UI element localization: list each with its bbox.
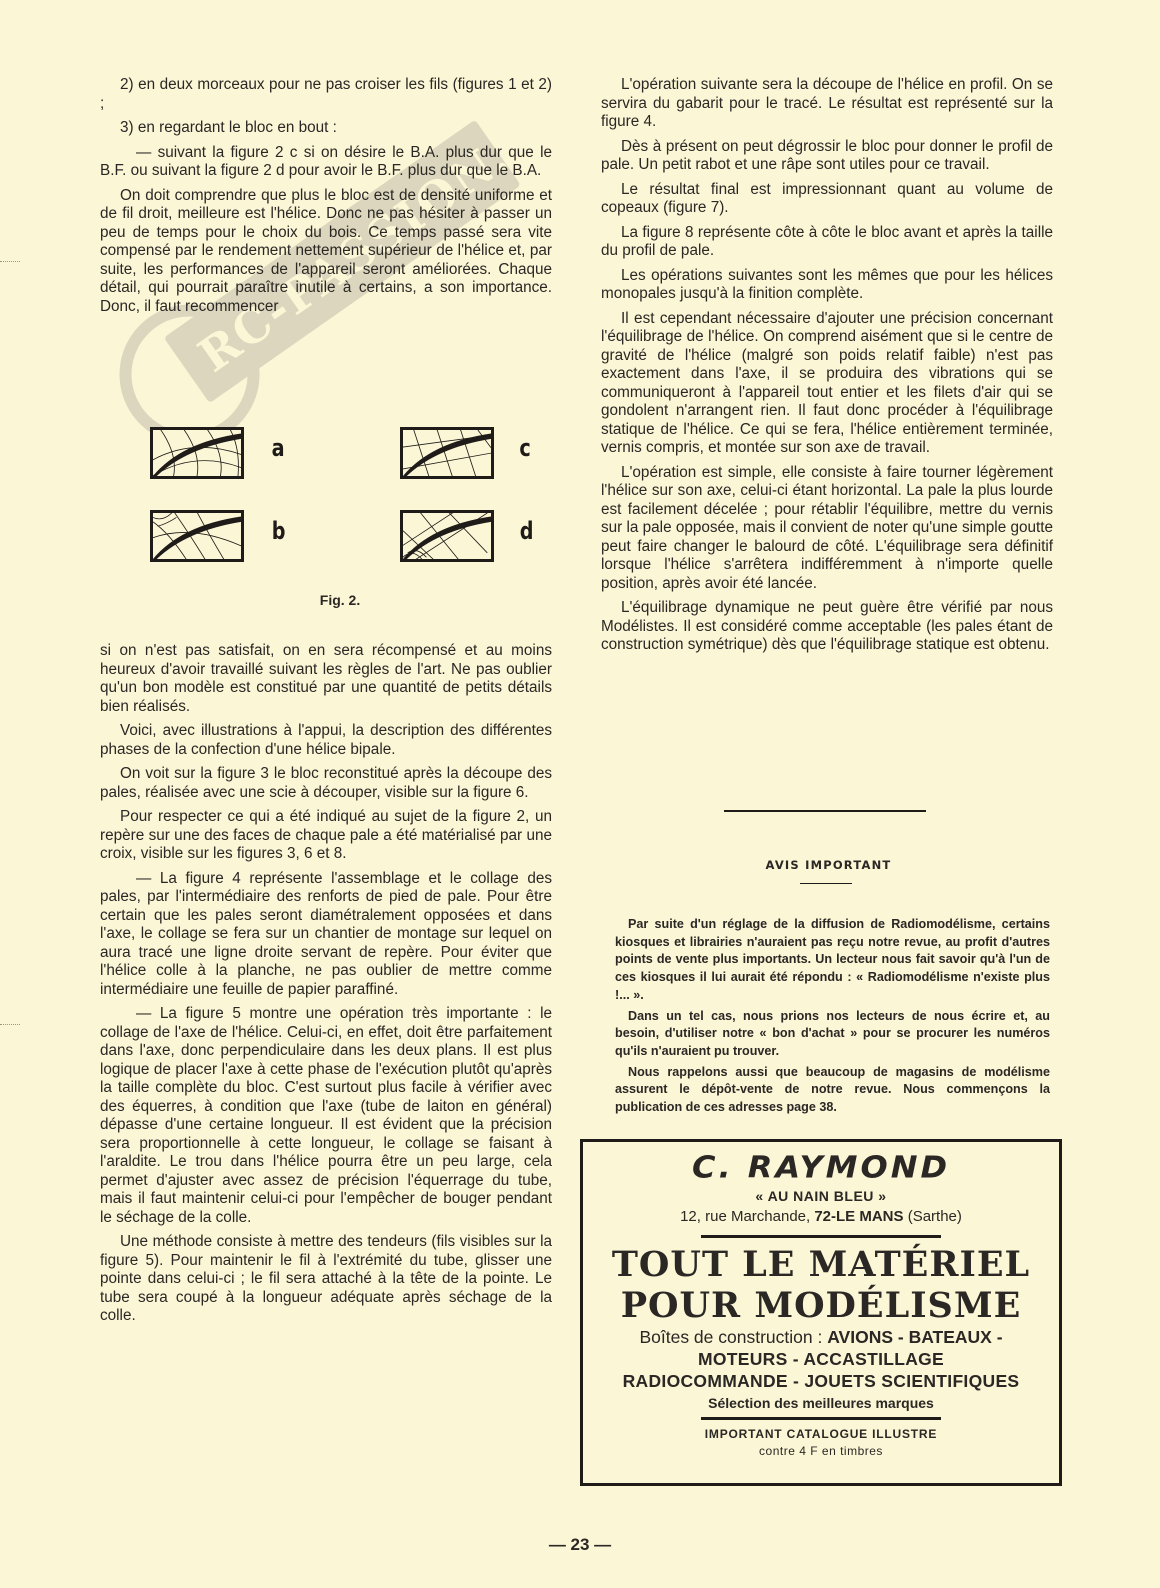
paragraph: Pour respecter ce qui a été indiqué au s…	[100, 808, 552, 864]
paragraph: Dès à présent on peut dégrossir le bloc …	[601, 138, 1053, 175]
ad-divider	[701, 1417, 941, 1420]
left-column-top: 2) en deux morceaux pour ne pas croiser …	[100, 76, 552, 322]
ad-products-line1: Boîtes de construction : AVIONS - BATEAU…	[583, 1326, 1059, 1348]
ad-headline-line2: POUR MODÉLISME	[583, 1285, 1059, 1326]
notice-title-underline	[800, 883, 852, 884]
notice-body: Par suite d'un réglage de la diffusion d…	[615, 916, 1050, 1120]
left-column-bottom: si on n'est pas satisfait, on en sera ré…	[100, 642, 552, 1332]
figure-label-b: b	[272, 517, 286, 545]
section-divider	[724, 810, 926, 812]
ad-address-region: (Sarthe)	[908, 1208, 962, 1225]
ad-brand-name: C. RAYMOND	[583, 1149, 1059, 1185]
ad-catalogue-price: contre 4 F en timbres	[583, 1443, 1059, 1459]
figure-2b-diagram	[150, 510, 244, 562]
paragraph: Voici, avec illustrations à l'appui, la …	[100, 722, 552, 759]
ad-address: 12, rue Marchande, 72-LE MANS (Sarthe)	[583, 1208, 1059, 1225]
paragraph: — La figure 4 représente l'assemblage et…	[100, 870, 552, 1000]
paragraph: Il est cependant nécessaire d'ajouter un…	[601, 310, 1053, 458]
ad-shop-name: « AU NAIN BLEU »	[583, 1188, 1059, 1204]
notice-paragraph: Par suite d'un réglage de la diffusion d…	[615, 916, 1050, 1005]
figure-caption: Fig. 2.	[130, 592, 550, 608]
ad-selection: Sélection des meilleures marques	[583, 1393, 1059, 1413]
figure-label-a: a	[272, 434, 285, 462]
notice-paragraph: Nous rappelons aussi que beaucoup de mag…	[615, 1064, 1050, 1117]
paragraph: 3) en regardant le bloc en bout :	[100, 119, 552, 138]
paragraph: — suivant la figure 2 c si on désire le …	[100, 144, 552, 181]
ad-divider	[701, 1235, 941, 1238]
paragraph: 2) en deux morceaux pour ne pas croiser …	[100, 76, 552, 113]
ad-headline-line1: TOUT LE MATÉRIEL	[583, 1244, 1059, 1285]
paragraph: L'opération suivante sera la découpe de …	[601, 76, 1053, 132]
margin-mark	[0, 261, 20, 264]
paragraph: On doit comprendre que plus le bloc est …	[100, 187, 552, 317]
ad-address-street: 12, rue Marchande,	[680, 1208, 810, 1225]
ad-catalogue: IMPORTANT CATALOGUE ILLUSTRE	[583, 1425, 1059, 1443]
ad-address-city: 72-LE MANS	[814, 1208, 903, 1225]
ad-products-line2: MOTEURS - ACCASTILLAGE	[583, 1348, 1059, 1370]
figure-2: a b c d Fig. 2.	[130, 420, 550, 620]
ad-products-intro: Boîtes de construction :	[639, 1327, 822, 1347]
ad-products-list: AVIONS - BATEAUX -	[827, 1327, 1002, 1347]
paragraph: La figure 8 représente côte à côte le bl…	[601, 224, 1053, 261]
paragraph: si on n'est pas satisfait, on en sera ré…	[100, 642, 552, 716]
notice-title: AVIS IMPORTANT	[601, 858, 1056, 872]
margin-mark	[0, 1024, 20, 1027]
paragraph: Une méthode consiste à mettre des tendeu…	[100, 1233, 552, 1326]
paragraph: Le résultat final est impressionnant qua…	[601, 181, 1053, 218]
paragraph: — La figure 5 montre une opération très …	[100, 1005, 552, 1227]
figure-2c-diagram	[400, 427, 494, 479]
notice-paragraph: Dans un tel cas, nous prions nos lecteur…	[615, 1008, 1050, 1061]
right-column: L'opération suivante sera la découpe de …	[601, 76, 1053, 661]
paragraph: On voit sur la figure 3 le bloc reconsti…	[100, 765, 552, 802]
paragraph: L'opération est simple, elle consiste à …	[601, 464, 1053, 594]
advertisement-box: C. RAYMOND « AU NAIN BLEU » 12, rue Marc…	[580, 1139, 1062, 1486]
figure-2d-diagram	[400, 510, 494, 562]
ad-products-line3: RADIOCOMMANDE - JOUETS SCIENTIFIQUES	[583, 1370, 1059, 1392]
figure-label-c: c	[519, 434, 530, 462]
paragraph: L'équilibrage dynamique ne peut guère êt…	[601, 599, 1053, 655]
figure-label-d: d	[520, 517, 534, 545]
figure-2a-diagram	[150, 427, 244, 479]
page-number: — 23 —	[0, 1535, 1160, 1555]
paragraph: Les opérations suivantes sont les mêmes …	[601, 267, 1053, 304]
